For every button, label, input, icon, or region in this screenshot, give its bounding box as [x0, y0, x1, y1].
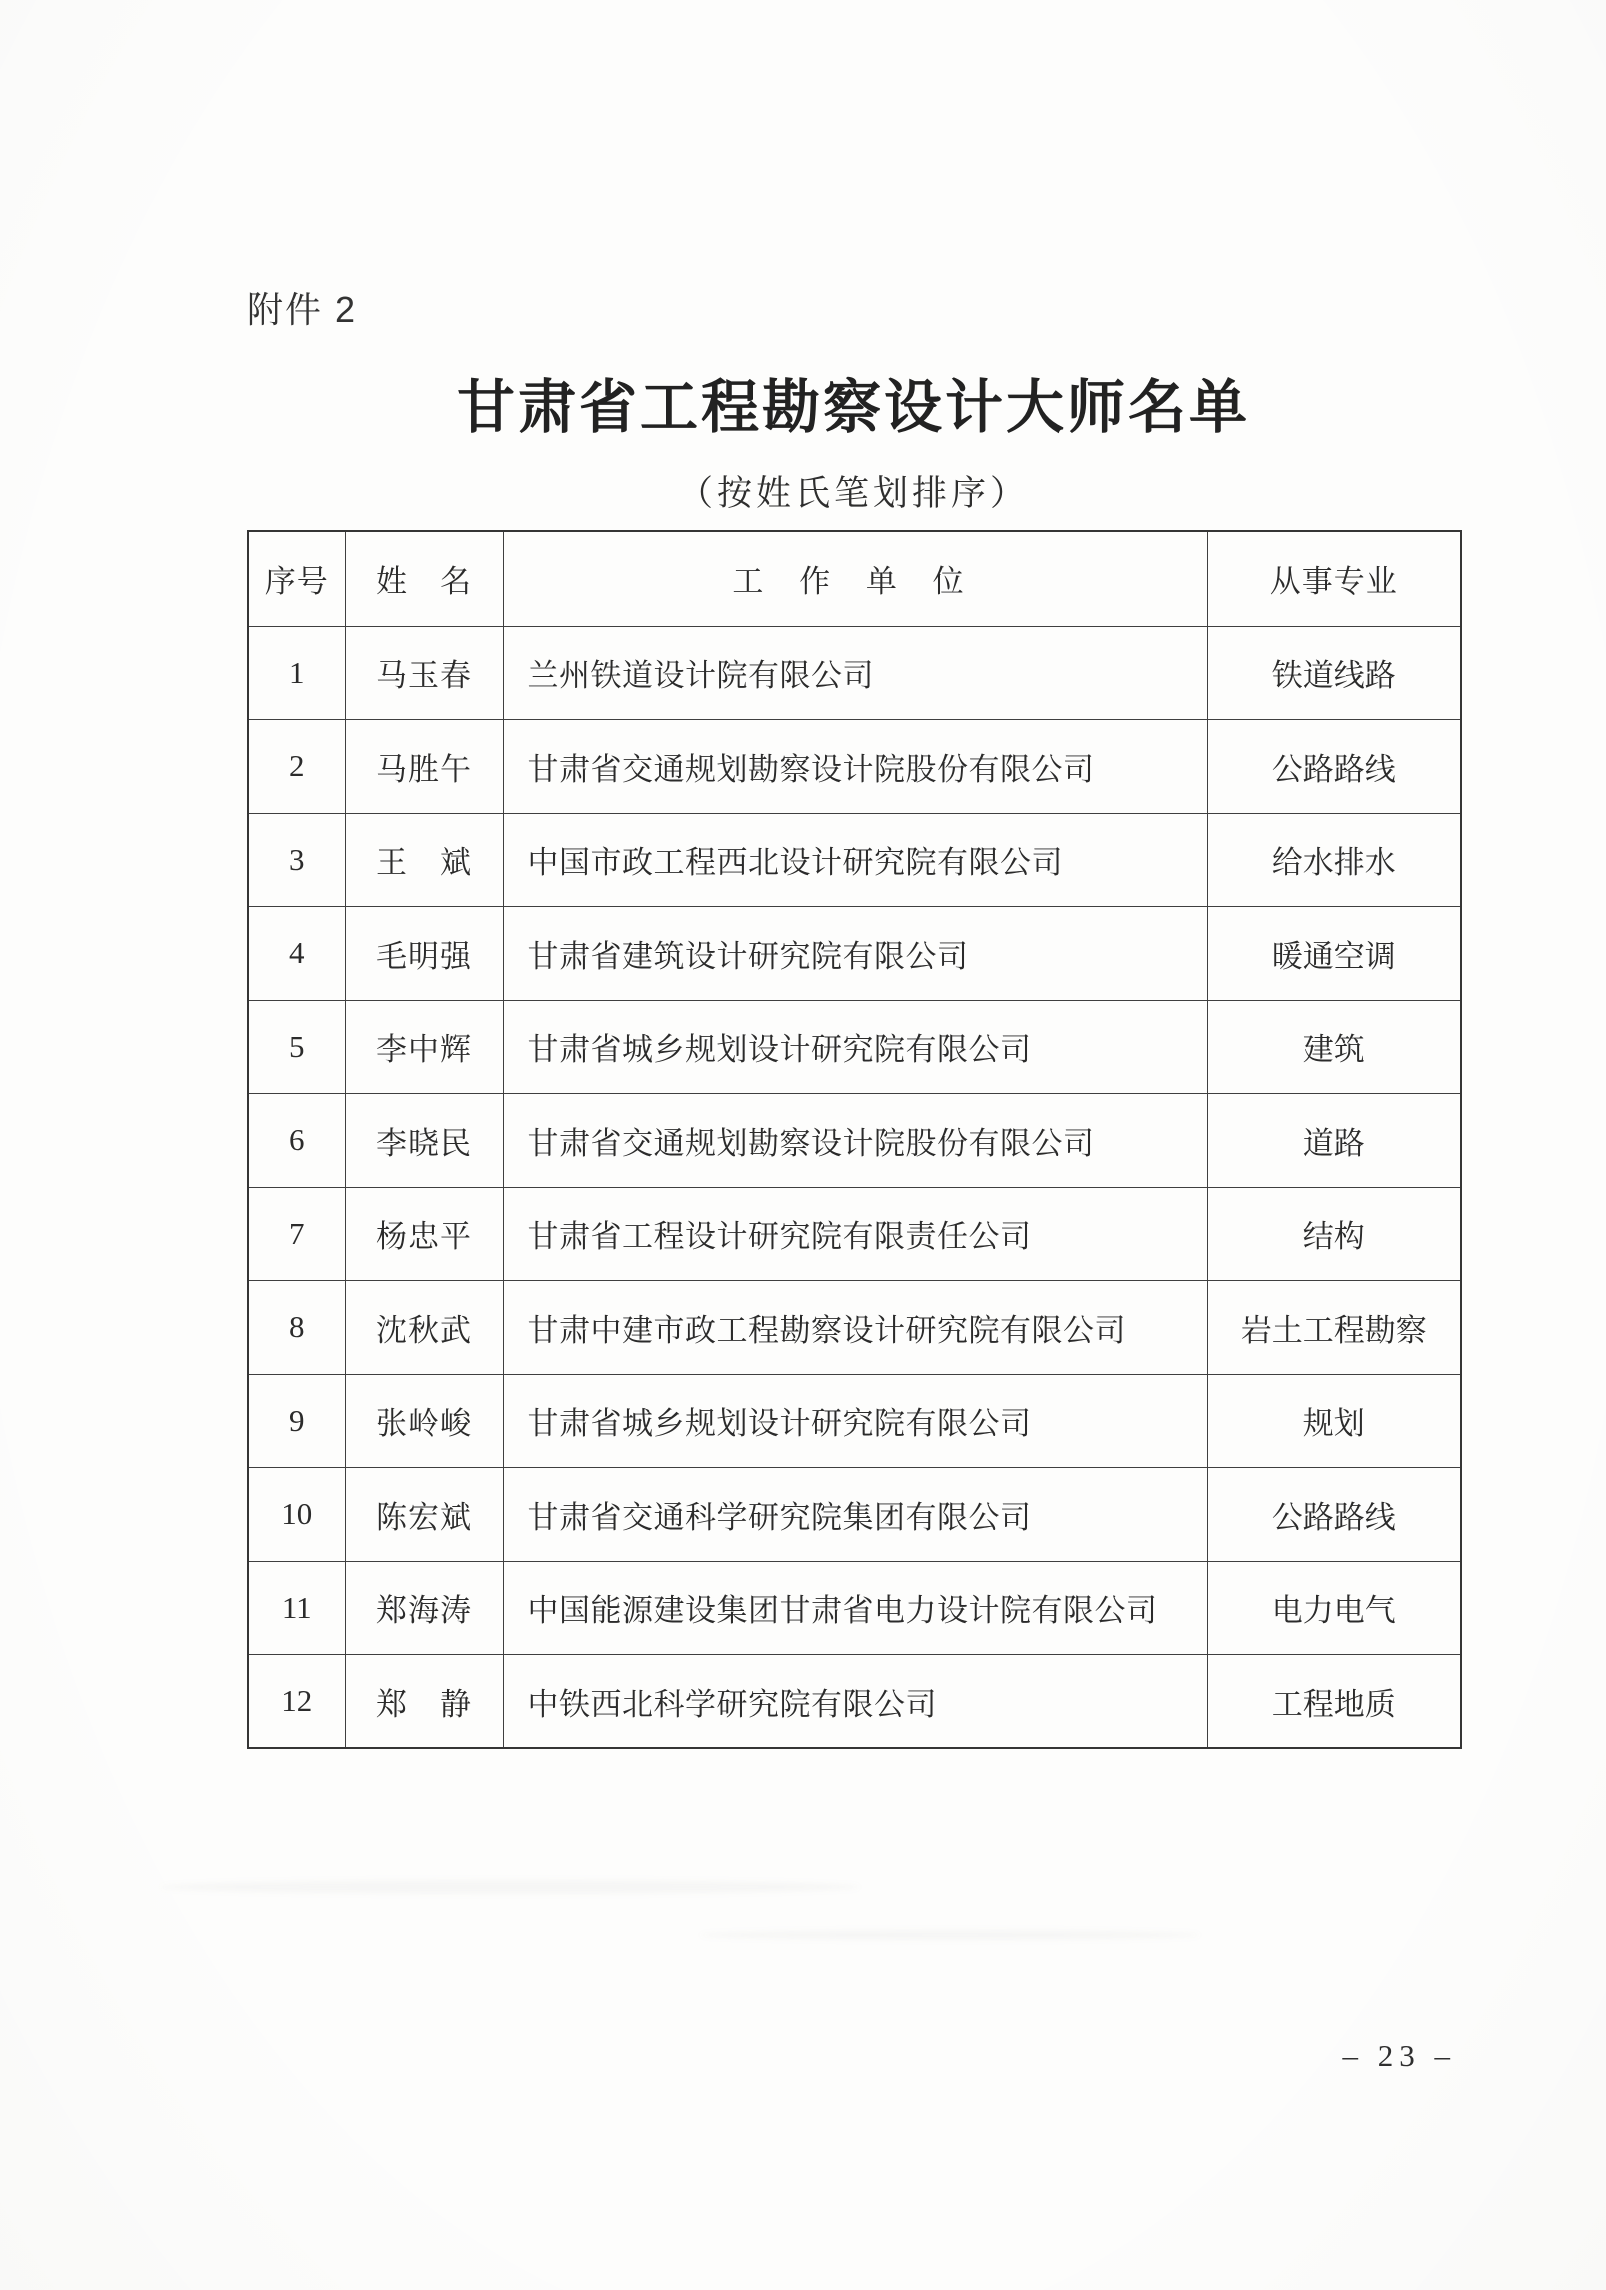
table-row: 5 李中辉 甘肃省城乡规划设计研究院有限公司 建筑 — [248, 1000, 1461, 1094]
cell-work-unit: 甘肃省城乡规划设计研究院有限公司 — [503, 1374, 1207, 1468]
table-row: 9 张岭峻 甘肃省城乡规划设计研究院有限公司 规划 — [248, 1374, 1461, 1468]
table-header-row: 序号 姓 名 工 作 单 位 从事专业 — [248, 531, 1461, 626]
cell-work-unit: 甘肃中建市政工程勘察设计研究院有限公司 — [503, 1281, 1207, 1375]
scan-smudge — [700, 1930, 1200, 1940]
cell-work-unit: 甘肃省交通科学研究院集团有限公司 — [503, 1468, 1207, 1562]
cell-name: 杨忠平 — [345, 1187, 503, 1281]
cell-work-unit: 中国能源建设集团甘肃省电力设计院有限公司 — [503, 1561, 1207, 1655]
cell-profession: 铁道线路 — [1207, 626, 1461, 720]
page-number: – 23 – — [1343, 2038, 1457, 2074]
table-row: 7 杨忠平 甘肃省工程设计研究院有限责任公司 结构 — [248, 1187, 1461, 1281]
table-row: 4 毛明强 甘肃省建筑设计研究院有限公司 暖通空调 — [248, 907, 1461, 1001]
header-name: 姓 名 — [345, 531, 503, 626]
cell-work-unit: 中铁西北科学研究院有限公司 — [503, 1655, 1207, 1749]
cell-name: 陈宏斌 — [345, 1468, 503, 1562]
cell-profession: 岩土工程勘察 — [1207, 1281, 1461, 1375]
cell-profession: 公路路线 — [1207, 720, 1461, 814]
table-row: 12 郑 静 中铁西北科学研究院有限公司 工程地质 — [248, 1655, 1461, 1749]
cell-serial-number: 8 — [248, 1281, 345, 1375]
scan-smudge — [160, 1880, 860, 1894]
table-row: 6 李晓民 甘肃省交通规划勘察设计院股份有限公司 道路 — [248, 1094, 1461, 1188]
cell-profession: 电力电气 — [1207, 1561, 1461, 1655]
cell-name: 李晓民 — [345, 1094, 503, 1188]
header-profession: 从事专业 — [1207, 531, 1461, 626]
cell-profession: 建筑 — [1207, 1000, 1461, 1094]
table-row: 1 马玉春 兰州铁道设计院有限公司 铁道线路 — [248, 626, 1461, 720]
page-title: 甘肃省工程勘察设计大师名单 — [247, 360, 1460, 444]
cell-name: 郑 静 — [345, 1655, 503, 1749]
cell-work-unit: 甘肃省交通规划勘察设计院股份有限公司 — [503, 1094, 1207, 1188]
table-row: 11 郑海涛 中国能源建设集团甘肃省电力设计院有限公司 电力电气 — [248, 1561, 1461, 1655]
cell-serial-number: 9 — [248, 1374, 345, 1468]
cell-work-unit: 甘肃省工程设计研究院有限责任公司 — [503, 1187, 1207, 1281]
cell-work-unit: 兰州铁道设计院有限公司 — [503, 626, 1207, 720]
cell-serial-number: 6 — [248, 1094, 345, 1188]
cell-work-unit: 中国市政工程西北设计研究院有限公司 — [503, 813, 1207, 907]
cell-serial-number: 11 — [248, 1561, 345, 1655]
attachment-label: 附件 2 — [247, 282, 357, 333]
cell-name: 王 斌 — [345, 813, 503, 907]
cell-serial-number: 4 — [248, 907, 345, 1001]
cell-serial-number: 1 — [248, 626, 345, 720]
cell-profession: 公路路线 — [1207, 1468, 1461, 1562]
cell-work-unit: 甘肃省建筑设计研究院有限公司 — [503, 907, 1207, 1001]
table-row: 10 陈宏斌 甘肃省交通科学研究院集团有限公司 公路路线 — [248, 1468, 1461, 1562]
cell-name: 毛明强 — [345, 907, 503, 1001]
table-row: 3 王 斌 中国市政工程西北设计研究院有限公司 给水排水 — [248, 813, 1461, 907]
cell-name: 沈秋武 — [345, 1281, 503, 1375]
header-serial-number: 序号 — [248, 531, 345, 626]
cell-work-unit: 甘肃省城乡规划设计研究院有限公司 — [503, 1000, 1207, 1094]
cell-profession: 暖通空调 — [1207, 907, 1461, 1001]
cell-serial-number: 3 — [248, 813, 345, 907]
cell-serial-number: 7 — [248, 1187, 345, 1281]
masters-table: 序号 姓 名 工 作 单 位 从事专业 1 马玉春 兰州铁道设计院有限公司 铁道… — [247, 530, 1462, 1749]
table-row: 8 沈秋武 甘肃中建市政工程勘察设计研究院有限公司 岩土工程勘察 — [248, 1281, 1461, 1375]
cell-name: 李中辉 — [345, 1000, 503, 1094]
cell-serial-number: 2 — [248, 720, 345, 814]
cell-serial-number: 5 — [248, 1000, 345, 1094]
document-page: 附件 2 甘肃省工程勘察设计大师名单 （按姓氏笔划排序） 序号 姓 名 工 作 … — [0, 0, 1606, 2290]
cell-profession: 结构 — [1207, 1187, 1461, 1281]
cell-serial-number: 10 — [248, 1468, 345, 1562]
cell-profession: 道路 — [1207, 1094, 1461, 1188]
cell-name: 马玉春 — [345, 626, 503, 720]
cell-serial-number: 12 — [248, 1655, 345, 1749]
cell-work-unit: 甘肃省交通规划勘察设计院股份有限公司 — [503, 720, 1207, 814]
cell-name: 张岭峻 — [345, 1374, 503, 1468]
header-work-unit: 工 作 单 位 — [503, 531, 1207, 626]
cell-profession: 工程地质 — [1207, 1655, 1461, 1749]
table-row: 2 马胜午 甘肃省交通规划勘察设计院股份有限公司 公路路线 — [248, 720, 1461, 814]
masters-table-body: 1 马玉春 兰州铁道设计院有限公司 铁道线路 2 马胜午 甘肃省交通规划勘察设计… — [248, 626, 1461, 1748]
cell-profession: 给水排水 — [1207, 813, 1461, 907]
page-subtitle: （按姓氏笔划排序） — [247, 466, 1460, 516]
cell-profession: 规划 — [1207, 1374, 1461, 1468]
cell-name: 郑海涛 — [345, 1561, 503, 1655]
cell-name: 马胜午 — [345, 720, 503, 814]
